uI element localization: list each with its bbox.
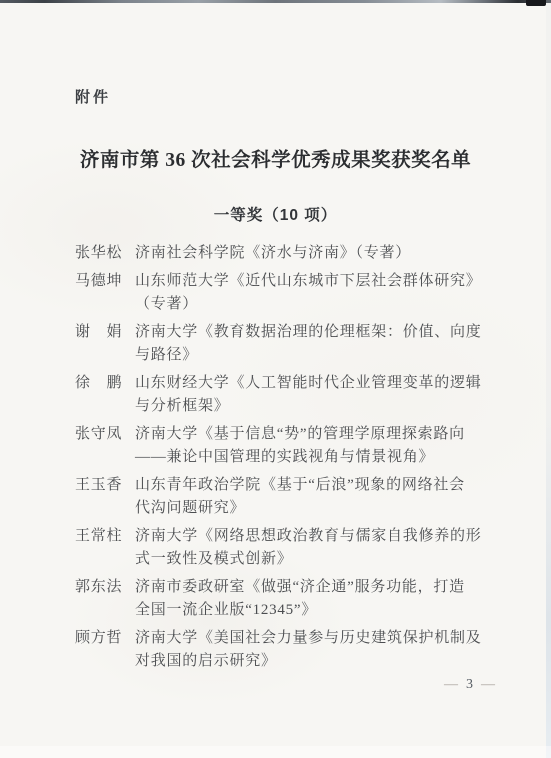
page-edge-right-shadow (546, 0, 551, 758)
award-entry: 徐 鹏 山东财经大学《人工智能时代企业管理变革的逻辑 与分析框架》 (75, 372, 495, 418)
winner-name: 张守凤 (75, 423, 123, 446)
award-entry: 张守凤 济南大学《基于信息“势”的管理学原理探索路向 ——兼论中国管理的实践视角… (75, 423, 495, 469)
winner-work: 济南大学《美国社会力量参与历史建筑保护机制及 对我国的启示研究》 (135, 627, 485, 673)
footer-page-number: 3 (466, 677, 473, 692)
scan-edge-top (0, 0, 551, 3)
winner-work: 济南大学《教育数据治理的伦理框架：价值、向度 与路径》 (135, 321, 485, 367)
award-list: 张华松 济南社会科学院《济水与济南》（专著） 马德坤 山东师范大学《近代山东城市… (75, 242, 495, 678)
winner-name: 徐 鹏 (75, 372, 123, 395)
award-entry: 王常柱 济南大学《网络思想政治教育与儒家自我修养的形 式一致性及模式创新》 (75, 525, 495, 571)
winner-name: 马德坤 (75, 270, 123, 293)
page-title: 济南市第 36 次社会科学优秀成果奖获奖名单 (0, 144, 551, 172)
winner-work: 山东财经大学《人工智能时代企业管理变革的逻辑 与分析框架》 (135, 372, 485, 418)
footer-dash-left: — (444, 677, 458, 692)
award-entry: 王玉香 山东青年政治学院《基于“后浪”现象的网络社会 代沟问题研究》 (75, 474, 495, 520)
scan-artifact-blob (526, 0, 546, 6)
page-footer: —3— (438, 675, 501, 695)
award-entry: 张华松 济南社会科学院《济水与济南》（专著） (75, 242, 495, 265)
document-page: 附件 济南市第 36 次社会科学优秀成果奖获奖名单 一等奖（10 项） 张华松 … (0, 0, 551, 758)
winner-work: 济南大学《网络思想政治教育与儒家自我修养的形 式一致性及模式创新》 (135, 525, 485, 571)
winner-name: 顾方哲 (75, 627, 123, 650)
winner-work: 山东师范大学《近代山东城市下层社会群体研究》 （专著） (135, 270, 485, 316)
award-entry: 马德坤 山东师范大学《近代山东城市下层社会群体研究》 （专著） (75, 270, 495, 316)
winner-work: 济南市委政研室《做强“济企通”服务功能，打造 全国一流企业版“12345”》 (135, 576, 485, 622)
winner-work: 山东青年政治学院《基于“后浪”现象的网络社会 代沟问题研究》 (135, 474, 485, 520)
winner-work: 济南大学《基于信息“势”的管理学原理探索路向 ——兼论中国管理的实践视角与情景视… (135, 423, 485, 469)
footer-dash-right: — (481, 677, 495, 692)
winner-work: 济南社会科学院《济水与济南》（专著） (135, 242, 485, 265)
award-entry: 郭东法 济南市委政研室《做强“济企通”服务功能，打造 全国一流企业版“12345… (75, 576, 495, 622)
winner-name: 王玉香 (75, 474, 123, 497)
attachment-label: 附件 (75, 86, 111, 107)
winner-name: 张华松 (75, 242, 123, 265)
winner-name: 谢 娟 (75, 321, 123, 344)
award-entry: 顾方哲 济南大学《美国社会力量参与历史建筑保护机制及 对我国的启示研究》 (75, 627, 495, 673)
page-edge-bottom-highlight (0, 746, 551, 758)
winner-name: 王常柱 (75, 525, 123, 548)
section-heading-first-prize: 一等奖（10 项） (0, 203, 551, 225)
award-entry: 谢 娟 济南大学《教育数据治理的伦理框架：价值、向度 与路径》 (75, 321, 495, 367)
winner-name: 郭东法 (75, 576, 123, 599)
